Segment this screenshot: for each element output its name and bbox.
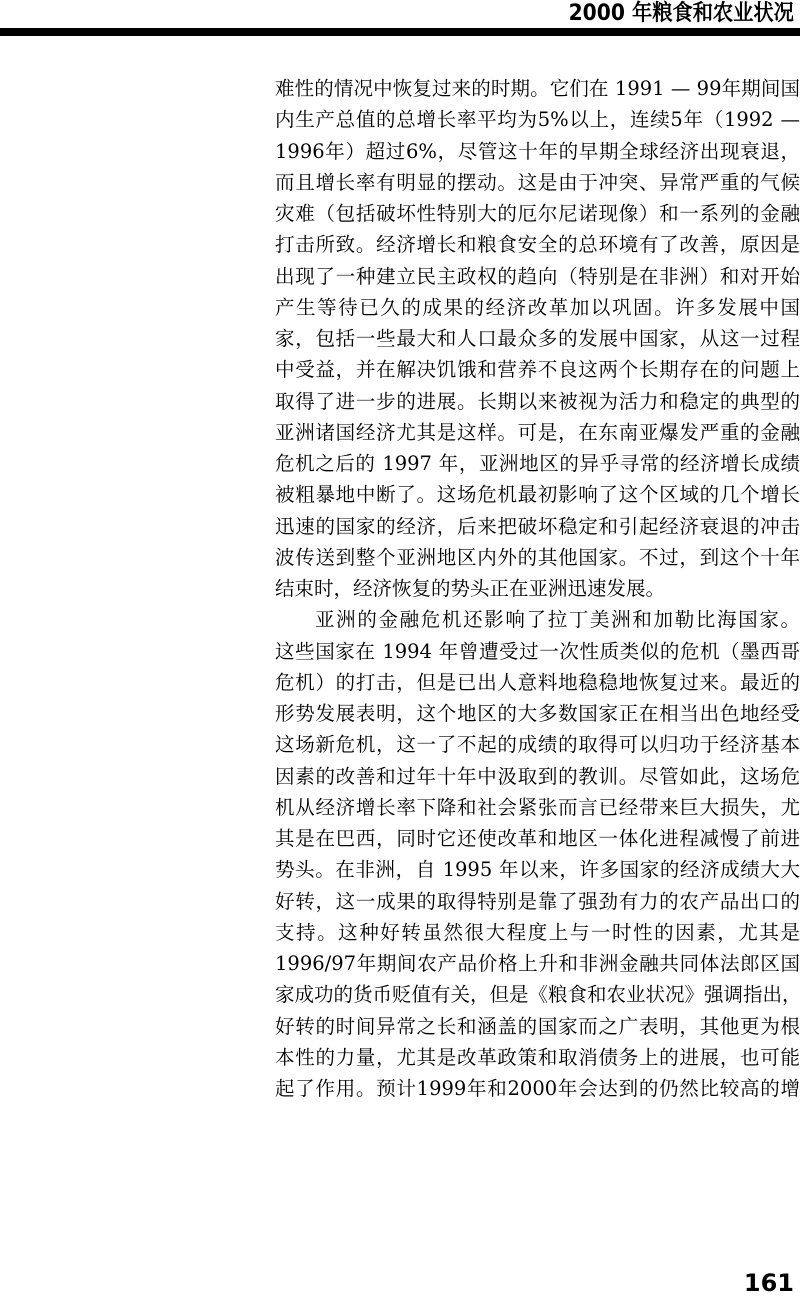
text-line: 危机）的打击，但是已出人意料地稳稳地恢复过来。最近的	[275, 667, 800, 698]
text-line: 结束时，经济恢复的势头正在亚洲迅速发展。	[275, 573, 800, 604]
text-line: 而且增长率有明显的摆动。这是由于冲突、异常严重的气候	[275, 167, 800, 198]
paragraph-1: 难性的情况中恢复过来的时期。它们在 1991 — 99年期间国 内生产总值的总增…	[275, 73, 800, 604]
text-line: 1996/97年期间农产品价格上升和非洲金融共同体法郎区国	[275, 948, 800, 979]
header-rule	[0, 28, 800, 36]
text-line: 亚洲诸国经济尤其是这样。可是，在东南亚爆发严重的金融	[275, 417, 800, 448]
text-line: 打击所致。经济增长和粮食安全的总环境有了改善，原因是	[275, 229, 800, 260]
text-line: 家成功的货币贬值有关，但是《粮食和农业状况》强调指出，	[275, 979, 800, 1010]
text-line: 亚洲的金融危机还影响了拉丁美洲和加勒比海国家。	[275, 604, 800, 635]
text-line: 好转的时间异常之长和涵盖的国家而之广表明，其他更为根	[275, 1011, 800, 1042]
text-line: 波传送到整个亚洲地区内外的其他国家。不过，到这个十年	[275, 542, 800, 573]
text-line: 势头。在非洲，自 1995 年以来，许多国家的经济成绩大大	[275, 854, 800, 885]
text-line: 被粗暴地中断了。这场危机最初影响了这个区域的几个增长	[275, 479, 800, 510]
text-line: 迅速的国家的经济，后来把破坏稳定和引起经济衰退的冲击	[275, 511, 800, 542]
text-line: 产生等待已久的成果的经济改革加以巩固。许多发展中国	[275, 292, 800, 323]
text-line: 机从经济增长率下降和社会紧张而言已经带来巨大损失，尤	[275, 792, 800, 823]
text-line: 危机之后的 1997 年，亚洲地区的异乎寻常的经济增长成绩	[275, 448, 800, 479]
text-line: 因素的改善和过年十年中汲取到的教训。尽管如此，这场危	[275, 761, 800, 792]
text-line: 这些国家在 1994 年曾遭受过一次性质类似的危机（墨西哥	[275, 636, 800, 667]
paragraph-2: 亚洲的金融危机还影响了拉丁美洲和加勒比海国家。 这些国家在 1994 年曾遭受过…	[275, 604, 800, 1104]
text-line: 灾难（包括破坏性特别大的厄尔尼诺现像）和一系列的金融	[275, 198, 800, 229]
text-line: 好转，这一成果的取得特别是靠了强劲有力的农产品出口的	[275, 886, 800, 917]
text-line: 难性的情况中恢复过来的时期。它们在 1991 — 99年期间国	[275, 73, 800, 104]
running-header: 2000 年粮食和农业状况	[569, 1, 794, 27]
body-text: 难性的情况中恢复过来的时期。它们在 1991 — 99年期间国 内生产总值的总增…	[275, 73, 800, 1104]
text-line: 中受益，并在解决饥饿和营养不良这两个长期存在的问题上	[275, 354, 800, 385]
text-line: 其是在巴西，同时它还使改革和地区一体化进程减慢了前进	[275, 823, 800, 854]
text-line: 支持。这种好转虽然很大程度上与一时性的因素，尤其是	[275, 917, 800, 948]
page-number: 161	[744, 1270, 794, 1296]
text-line: 形势发展表明，这个地区的大多数国家正在相当出色地经受	[275, 698, 800, 729]
text-line: 这场新危机，这一了不起的成绩的取得可以归功于经济基本	[275, 729, 800, 760]
text-line: 起了作用。预计1999年和2000年会达到的仍然比较高的增	[275, 1073, 800, 1104]
text-line: 本性的力量，尤其是改革政策和取消债务上的进展，也可能	[275, 1042, 800, 1073]
text-line: 家，包括一些最大和人口最众多的发展中国家，从这一过程	[275, 323, 800, 354]
text-line: 取得了进一步的进展。长期以来被视为活力和稳定的典型的	[275, 386, 800, 417]
text-line: 内生产总值的总增长率平均为5%以上，连续5年（1992 —	[275, 104, 800, 135]
text-line: 1996年）超过6%，尽管这十年的早期全球经济出现衰退，	[275, 136, 800, 167]
text-line: 出现了一种建立民主政权的趋向（特别是在非洲）和对开始	[275, 261, 800, 292]
